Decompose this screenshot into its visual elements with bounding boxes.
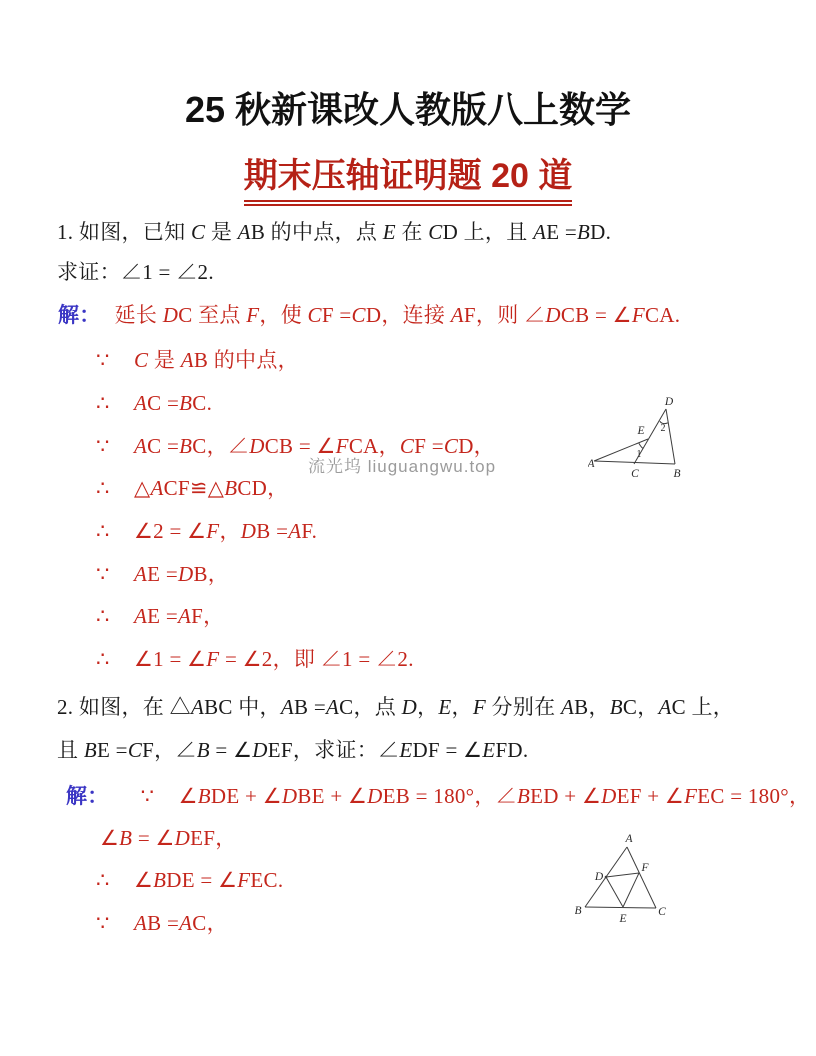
therefore-symbol: ∴ [96, 474, 118, 502]
solution2-step: ∴∠BDE = ∠FEC. [96, 866, 283, 894]
because-symbol: ∵ [96, 560, 118, 588]
problem1-figure: D 2 E 1 A C B [588, 394, 693, 482]
document-page: 25 秋新课改人教版八上数学 期末压轴证明题 20 道 1. 如图，已知 C 是… [0, 0, 816, 1056]
point-label-D: D [664, 396, 674, 408]
therefore-symbol: ∴ [96, 866, 118, 894]
point-label-E: E [618, 913, 626, 925]
problem2-statement-line2: 且 BE =CF，∠B = ∠DEF，求证：∠EDF = ∠EFD. [57, 736, 528, 764]
point-label-C: C [631, 468, 639, 480]
therefore-symbol: ∴ [96, 389, 118, 417]
solution1-step: ∴∠1 = ∠F = ∠2，即 ∠1 = ∠2. [96, 645, 414, 673]
because-symbol: ∵ [96, 909, 118, 937]
angle1-arc [639, 443, 644, 448]
watermark: 流光坞 liuguangwu.top [308, 452, 496, 477]
angle-label-1: 1 [637, 449, 642, 460]
page-title: 25 秋新课改人教版八上数学 [0, 82, 816, 133]
because-symbol: ∵ [141, 782, 163, 810]
therefore-symbol: ∴ [96, 645, 118, 673]
solution1-step: ∵C 是 AB 的中点， [96, 346, 299, 374]
problem1-statement: 1. 如图，已知 C 是 AB 的中点，点 E 在 CD 上，且 AE =BD. [57, 218, 611, 246]
solution2-step: ∵AB =AC， [96, 909, 228, 937]
problem1-claim: 求证：∠1 = ∠2. [57, 258, 214, 286]
point-label-A: A [588, 458, 595, 470]
solution1-label: 解： [58, 303, 101, 327]
therefore-symbol: ∴ [96, 602, 118, 630]
because-symbol: ∵ [96, 346, 118, 374]
page-subtitle-text: 期末压轴证明题 20 道 [244, 148, 573, 206]
therefore-symbol: ∴ [96, 517, 118, 545]
segment-DE [606, 877, 623, 907]
because-symbol: ∵ [96, 432, 118, 460]
solution1-step: ∴∠2 = ∠F，DB =AF. [96, 517, 317, 545]
segment-AC [627, 847, 656, 908]
problem2-statement-line1: 2. 如图，在 △ABC 中，AB =AC，点 D，E，F 分别在 AB，BC，… [57, 693, 734, 721]
solution1-step: ∴AC =BC. [96, 389, 212, 417]
point-label-C: C [658, 906, 666, 918]
problem2-figure: A D F B E C [575, 833, 675, 928]
point-label-F: F [640, 862, 649, 874]
point-label-E: E [636, 425, 644, 437]
solution1-step: ∵AE =DB， [96, 560, 229, 588]
problem2-solution-line1: 解：∵∠BDE + ∠DBE + ∠DEB = 180°，∠BED + ∠DEF… [66, 782, 810, 810]
point-label-A: A [624, 833, 633, 845]
point-label-B: B [673, 468, 680, 480]
segment-DF [606, 873, 639, 877]
point-D-dot [605, 876, 608, 879]
page-subtitle: 期末压轴证明题 20 道 [0, 148, 816, 206]
solution2-step-continuation: ∠B = ∠DEF， [100, 824, 237, 852]
solution1-step: ∴AE =AF， [96, 602, 224, 630]
segment-EF [623, 873, 639, 907]
segment-BC [585, 907, 656, 908]
angle-label-2: 2 [661, 423, 666, 434]
problem1-solution-intro-line: 解：延长 DC 至点 F，使 CF =CD，连接 AF，则 ∠DCB = ∠FC… [58, 301, 680, 329]
segment-DB [666, 409, 675, 464]
point-label-D: D [594, 871, 604, 883]
solution1-intro: 延长 DC 至点 F，使 CF =CD，连接 AF，则 ∠DCB = ∠FCA. [115, 303, 681, 327]
point-label-B: B [575, 905, 582, 917]
solution1-step: ∴△ACF≌△BCD， [96, 474, 288, 502]
solution2-label: 解： [66, 784, 109, 808]
